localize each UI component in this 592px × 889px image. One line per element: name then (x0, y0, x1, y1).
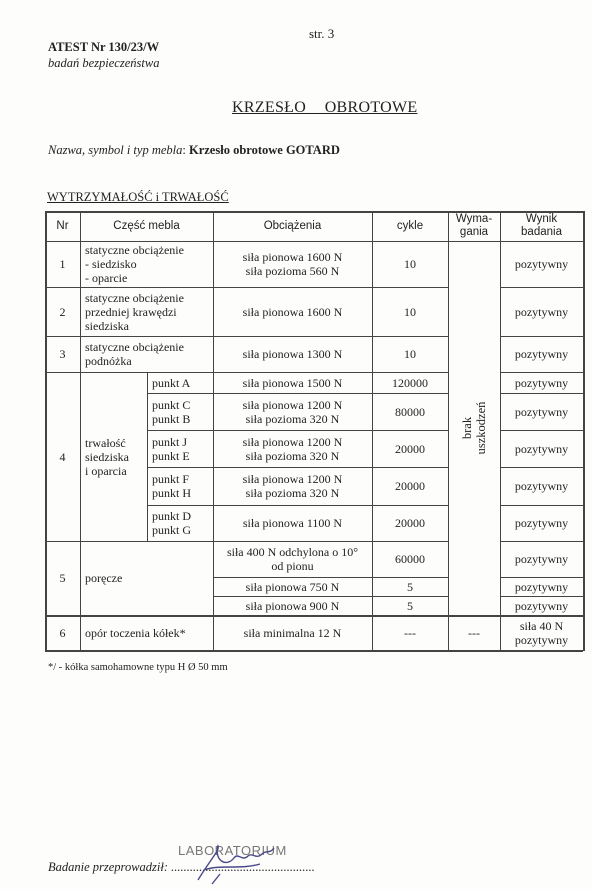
row-load: siła pionowa 1200 N siła pozioma 320 N (213, 430, 372, 467)
row-cycles: 5 (372, 596, 448, 615)
header-result: Wynik badania (500, 211, 583, 241)
row-load: siła pionowa 1200 N siła pozioma 320 N (213, 467, 372, 505)
product-separator: : (182, 143, 189, 157)
section-title: WYTRZYMAŁOŚĆ i TRWAŁOŚĆ (47, 190, 229, 205)
row-part: opór toczenia kółek* (80, 615, 213, 650)
row-cycles: 20000 (372, 430, 448, 467)
row-point: punkt C punkt B (147, 393, 213, 430)
row-result: pozytywny (500, 393, 583, 430)
table-rule (80, 211, 81, 650)
table-rule (45, 650, 583, 652)
row-result: pozytywny (500, 505, 583, 541)
row-cycles: 10 (372, 336, 448, 372)
table-rule (448, 211, 449, 650)
header-nr: Nr (45, 211, 80, 241)
table-rule (147, 372, 148, 541)
row-result: pozytywny (500, 241, 583, 287)
row-result: pozytywny (500, 596, 583, 615)
row-point: punkt A (147, 372, 213, 393)
row-result: pozytywny (500, 467, 583, 505)
row-cycles: 20000 (372, 505, 448, 541)
table-rule (45, 241, 583, 242)
row-part: statyczne obciążenie podnóżka (80, 336, 213, 372)
row-nr: 3 (45, 336, 80, 372)
row-nr: 2 (45, 287, 80, 336)
row-load: siła pionowa 1500 N (213, 372, 372, 393)
row-point: punkt D punkt G (147, 505, 213, 541)
row-nr: 6 (45, 615, 80, 650)
row-point: punkt F punkt H (147, 467, 213, 505)
row-result: pozytywny (500, 577, 583, 596)
header-part: Część mebla (80, 211, 213, 241)
table-rule (583, 211, 585, 651)
row-part: statyczne obciążenie przedniej krawędzi … (80, 287, 213, 336)
row-nr: 4 (45, 372, 80, 541)
header-requirements: Wyma- gania (448, 211, 500, 241)
row-load: siła pionowa 750 N (213, 577, 372, 596)
row-cycles: 20000 (372, 467, 448, 505)
row-requirements: --- (448, 615, 500, 650)
row-result: pozytywny (500, 372, 583, 393)
product-label: Nazwa, symbol i typ mebla (48, 143, 182, 157)
row-part: statyczne obciążenie - siedzisko - oparc… (80, 241, 213, 287)
row-cycles: --- (372, 615, 448, 650)
row-load: siła pionowa 1200 N siła pozioma 320 N (213, 393, 372, 430)
row-nr: 5 (45, 541, 80, 615)
certificate-number: ATEST Nr 130/23/W (48, 40, 159, 55)
row-load: siła pionowa 1300 N (213, 336, 372, 372)
row-cycles: 60000 (372, 541, 448, 577)
table-rule (45, 211, 583, 213)
document-title: KRZESŁO OBROTOWE (232, 99, 417, 117)
table-rule (213, 211, 214, 650)
row-result: pozytywny (500, 430, 583, 467)
row-part: trwałość siedziska i oparcia (80, 372, 147, 541)
table-rule (500, 211, 501, 650)
row-part: poręcze (80, 541, 213, 615)
row-load: siła minimalna 12 N (213, 615, 372, 650)
certificate-subtitle: badań bezpieczeństwa (48, 56, 159, 71)
row-cycles: 10 (372, 287, 448, 336)
row-point: punkt J punkt E (147, 430, 213, 467)
row-load: siła pionowa 900 N (213, 596, 372, 615)
requirements-merged-cell: brak uszkodzeń (460, 368, 488, 488)
row-nr: 1 (45, 241, 80, 287)
row-result: pozytywny (500, 287, 583, 336)
row-load: siła pionowa 1600 N (213, 287, 372, 336)
row-result: siła 40 N pozytywny (500, 615, 583, 650)
table-rule (45, 211, 47, 651)
page-number: str. 3 (309, 26, 334, 42)
row-cycles: 10 (372, 241, 448, 287)
table-rule (372, 211, 373, 650)
row-result: pozytywny (500, 336, 583, 372)
product-name-line: Nazwa, symbol i typ mebla: Krzesło obrot… (48, 143, 340, 158)
row-cycles: 120000 (372, 372, 448, 393)
row-load: siła 400 N odchylona o 10° od pionu (213, 541, 372, 577)
product-value: Krzesło obrotowe GOTARD (189, 143, 340, 157)
row-load: siła pionowa 1100 N (213, 505, 372, 541)
row-load: siła pionowa 1600 N siła pozioma 560 N (213, 241, 372, 287)
row-cycles: 80000 (372, 393, 448, 430)
header-cycles: cykle (372, 211, 448, 241)
signature-scribble-icon (190, 840, 280, 886)
header-load: Obciążenia (213, 211, 372, 241)
row-result: pozytywny (500, 541, 583, 577)
footnote: */ - kółka samohamowne typu H Ø 50 mm (48, 662, 228, 673)
row-cycles: 5 (372, 577, 448, 596)
